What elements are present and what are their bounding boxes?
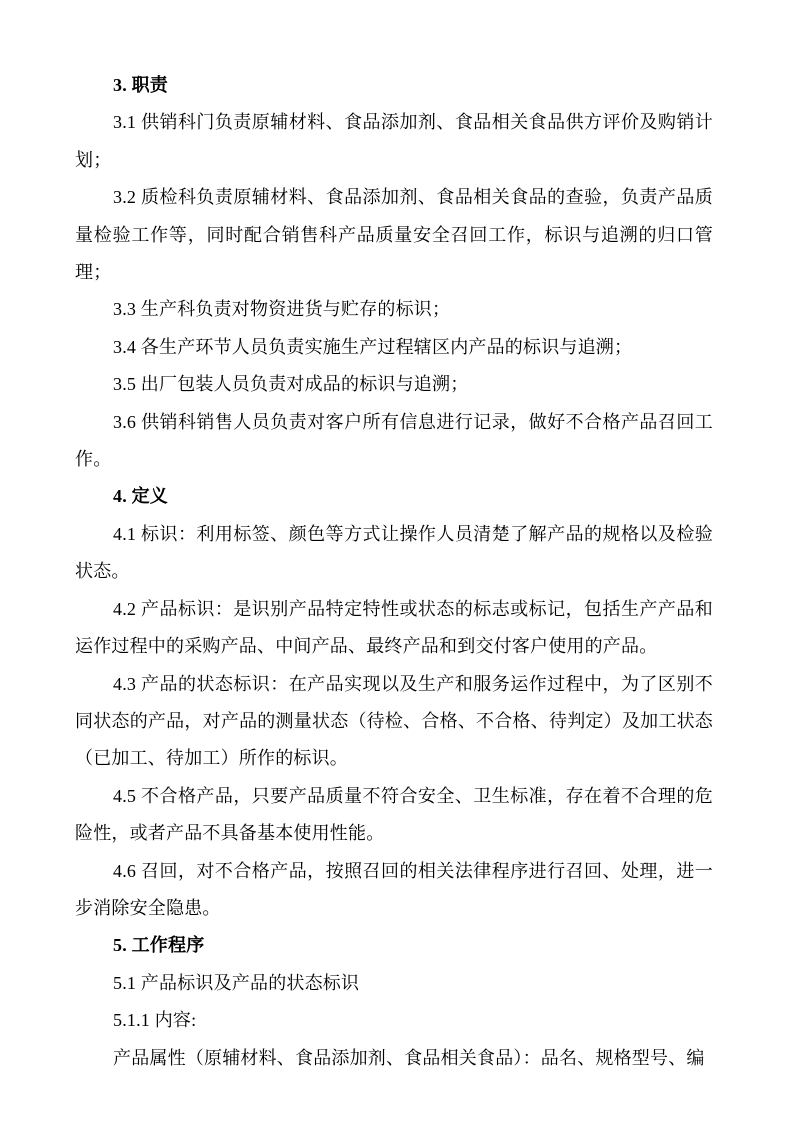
- document-body: 3. 职责 3.1 供销科门负责原辅材料、食品添加剂、食品相关食品供方评价及购销…: [75, 67, 713, 1077]
- document-page: 3. 职责 3.1 供销科门负责原辅材料、食品添加剂、食品相关食品供方评价及购销…: [0, 0, 794, 1123]
- para-5-1: 5.1 产品标识及产品的状态标识: [75, 965, 713, 1002]
- para-3-6: 3.6 供销科销售人员负责对客户所有信息进行记录，做好不合格产品召回工作。: [75, 404, 713, 479]
- para-4-3: 4.3 产品的状态标识：在产品实现以及生产和服务运作过程中，为了区别不同状态的产…: [75, 666, 713, 778]
- para-3-5: 3.5 出厂包装人员负责对成品的标识与追溯；: [75, 366, 713, 403]
- heading-4-definitions: 4. 定义: [75, 478, 713, 515]
- para-3-4: 3.4 各生产环节人员负责实施生产过程辖区内产品的标识与追溯；: [75, 329, 713, 366]
- heading-5-work-procedures: 5. 工作程序: [75, 927, 713, 964]
- para-3-3: 3.3 生产科负责对物资进货与贮存的标识；: [75, 291, 713, 328]
- para-3-2: 3.2 质检科负责原辅材料、食品添加剂、食品相关食品的查验，负责产品质量检验工作…: [75, 179, 713, 291]
- para-3-1: 3.1 供销科门负责原辅材料、食品添加剂、食品相关食品供方评价及购销计划；: [75, 104, 713, 179]
- heading-3-duties: 3. 职责: [75, 67, 713, 104]
- para-4-6: 4.6 召回，对不合格产品，按照召回的相关法律程序进行召回、处理，进一步消除安全…: [75, 853, 713, 928]
- para-5-1-1: 5.1.1 内容:: [75, 1002, 713, 1039]
- para-4-5: 4.5 不合格产品，只要产品质量不符合安全、卫生标准，存在着不合理的危险性，或者…: [75, 778, 713, 853]
- para-product-attributes: 产品属性（原辅材料、食品添加剂、食品相关食品）：品名、规格型号、编: [75, 1040, 713, 1077]
- para-4-2: 4.2 产品标识：是识别产品特定特性或状态的标志或标记，包括生产产品和运作过程中…: [75, 591, 713, 666]
- para-4-1: 4.1 标识：利用标签、颜色等方式让操作人员清楚了解产品的规格以及检验状态。: [75, 516, 713, 591]
